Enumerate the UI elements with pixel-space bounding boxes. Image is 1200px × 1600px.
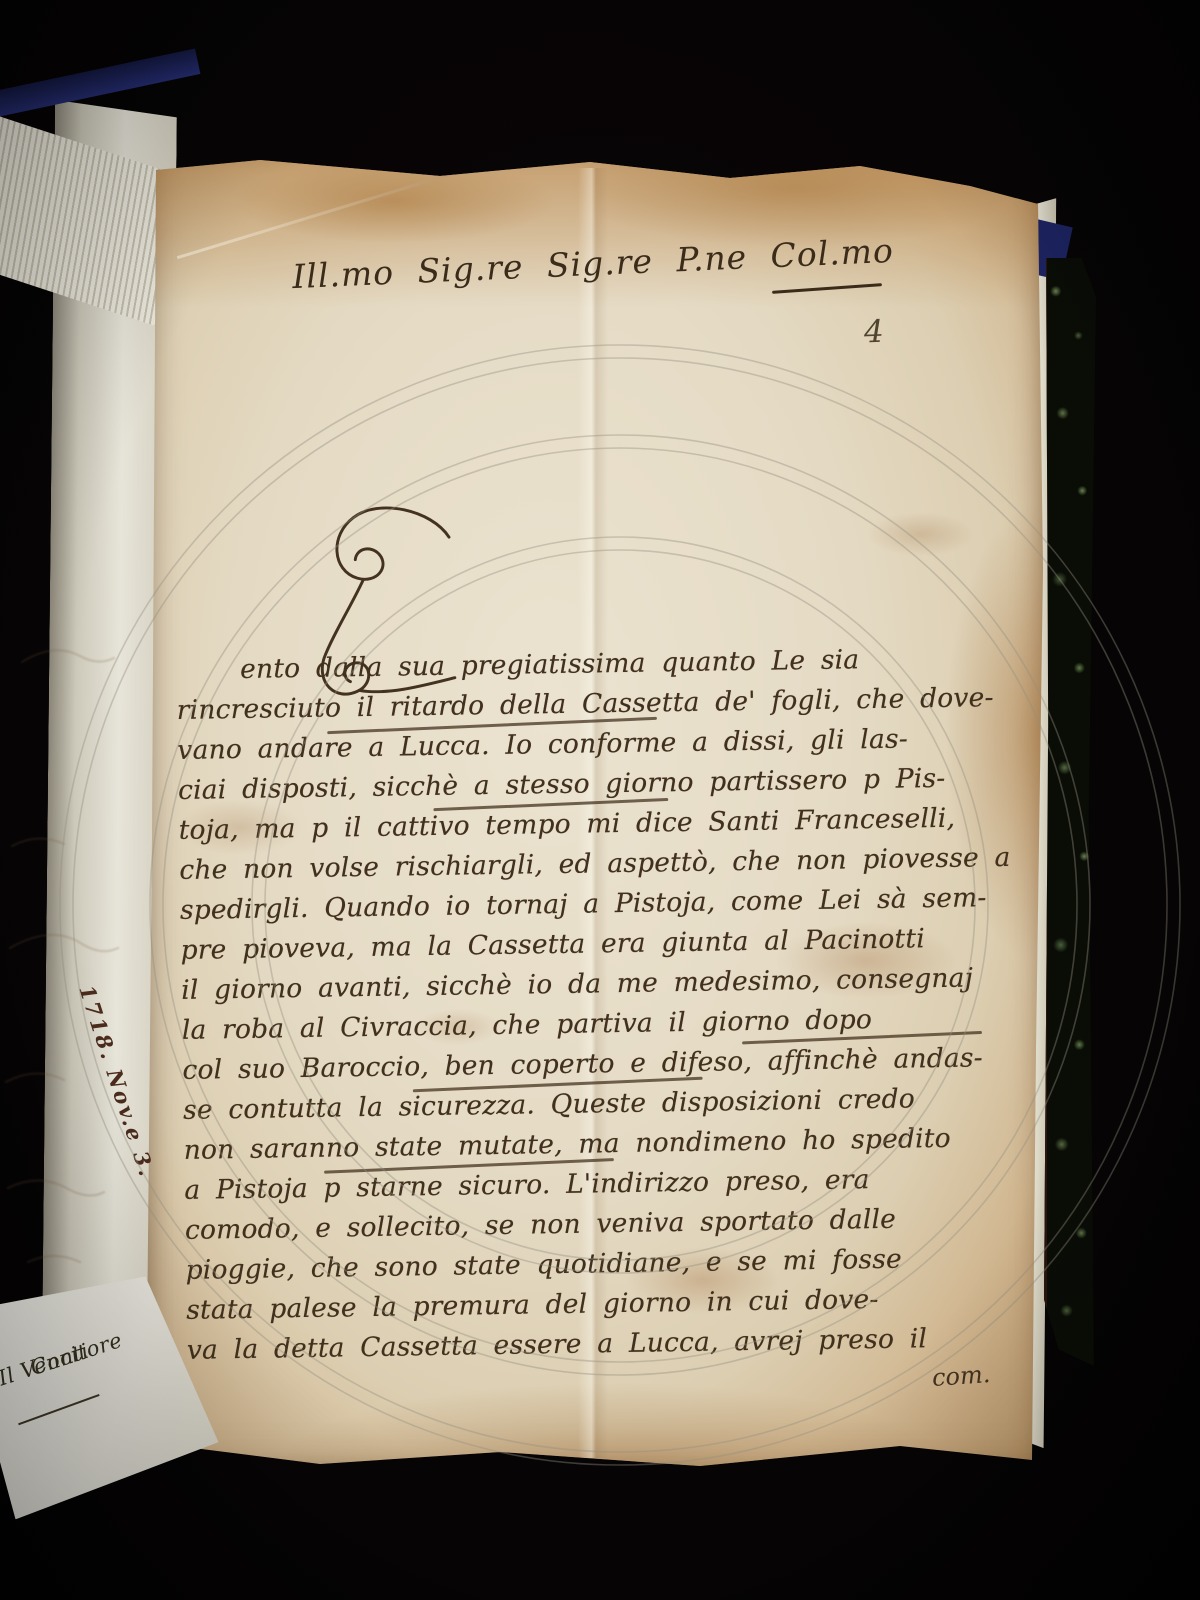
manuscript-line: pioggie, che sono state quotidiane, e se…: [185, 1244, 902, 1286]
manuscript-line: a Pistoja p starne sicuro. L'indirizzo p…: [184, 1164, 870, 1206]
archival-page-number: 4: [863, 314, 884, 351]
manuscript-photo: Ill.mo Sig.re Sig.re P.ne Col.mo 4 ento …: [0, 0, 1200, 1600]
corner-note-line1: Il Vencitore: [0, 1323, 127, 1395]
manuscript-line: pre pioveva, ma la Cassetta era giunta a…: [180, 923, 925, 966]
manuscript-line: che non volse rischiargli, ed aspettò, c…: [179, 842, 1011, 886]
manuscript-line: comodo, e sollecito, se non veniva sport…: [185, 1204, 897, 1246]
manuscript-line: toja, ma p il cattivo tempo mi dice Sant…: [178, 803, 955, 846]
catchword: com.: [931, 1360, 991, 1392]
manuscript-line: il giorno avanti, sicchè io da me medesi…: [181, 962, 973, 1005]
corner-note-flourish: [18, 1394, 99, 1425]
corner-note: Il Vencitore Conti: [0, 1310, 166, 1395]
manuscript-line: vano andare a Lucca. Io conforme a dissi…: [177, 723, 908, 765]
manuscript-line: se contutta la sicurezza. Queste disposi…: [183, 1083, 915, 1125]
manuscript-line: stata palese la premura del giorno in cu…: [186, 1284, 879, 1326]
manuscript-line: col suo Baroccio, ben coperto e difeso, …: [182, 1042, 983, 1086]
letter-body: ento dalla sua pregiatissima quanto Le s…: [176, 641, 1068, 1435]
manuscript-line: ciai disposti, sicchè a stesso giorno pa…: [178, 763, 946, 806]
manuscript-line: spedirgli. Quando io tornaj a Pistoja, c…: [180, 882, 987, 926]
manuscript-line: va la detta Cassetta essere a Lucca, avr…: [187, 1323, 928, 1366]
